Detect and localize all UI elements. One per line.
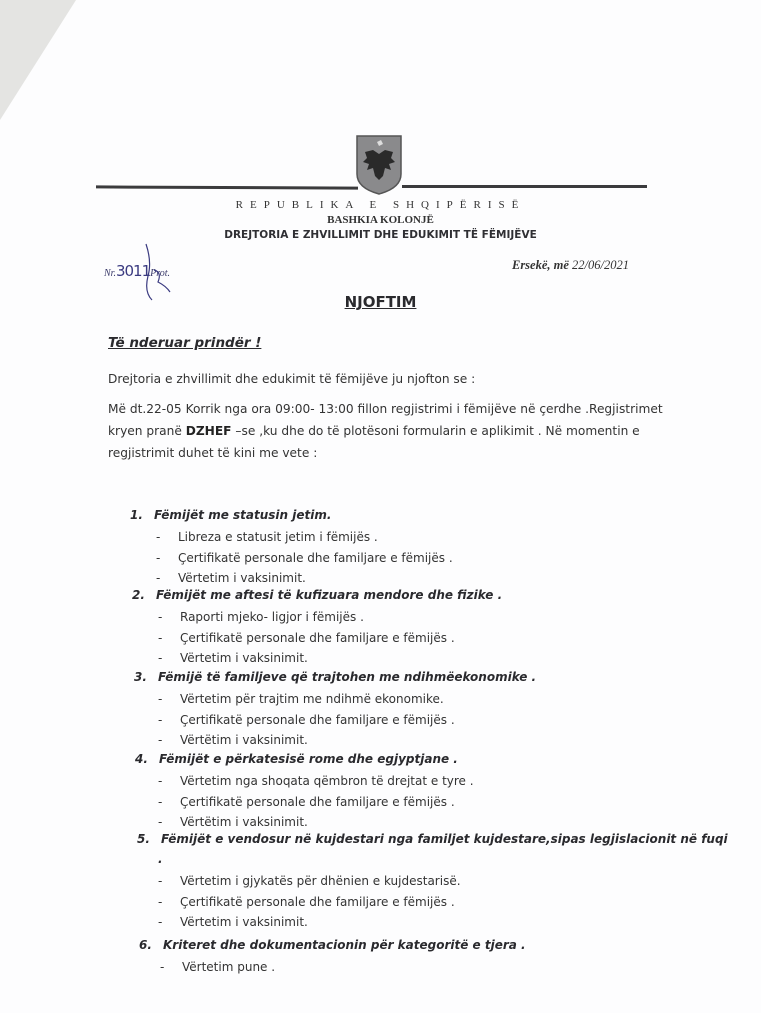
- list-item-text: Libreza e statusit jetim i fëmijës .: [178, 530, 378, 544]
- category-title: Kriteret dhe dokumentacionin për kategor…: [163, 938, 526, 952]
- list-item-text: Çertifikatë personale dhe familjare e fë…: [178, 551, 453, 565]
- country-name: REPUBLIKA E SHQIPËRISË: [0, 199, 761, 211]
- category-number: 6.: [139, 938, 163, 952]
- coat-of-arms-icon: [355, 134, 403, 196]
- list-item: -Vërtetim për trajtim me ndihmë ekonomik…: [158, 692, 444, 706]
- dash-bullet: -: [158, 713, 180, 727]
- list-item-text: Çertifikatë personale dhe familjare e fë…: [180, 631, 455, 645]
- protocol-prefix: Nr.: [104, 268, 116, 279]
- category-number: 1.: [130, 508, 154, 522]
- dash-bullet: -: [158, 874, 180, 888]
- dash-bullet: -: [158, 815, 180, 829]
- list-item: -Vërtetim i vaksinimit.: [158, 651, 308, 665]
- list-item-text: Vërtetim i vaksinimit.: [180, 651, 308, 665]
- dash-bullet: -: [158, 610, 180, 624]
- list-item-text: Vërtëtim i vaksinimit.: [180, 733, 308, 747]
- dash-bullet: -: [158, 915, 180, 929]
- list-item: -Çertifikatë personale dhe familjare e f…: [158, 713, 455, 727]
- list-item: -Libreza e statusit jetim i fëmijës .: [156, 530, 378, 544]
- body-bold: DZHEF: [186, 424, 232, 438]
- directorate-name: DREJTORIA E ZHVILLIMIT DHE EDUKIMIT TË F…: [0, 229, 761, 241]
- greeting: Të nderuar prindër !: [108, 335, 261, 351]
- list-item: -Çertifikatë personale dhe familjare e f…: [158, 631, 455, 645]
- place: Ersekë, më: [512, 258, 569, 272]
- municipality-name: BASHKIA KOLONJË: [0, 214, 761, 226]
- list-item-text: Vërtëtim i vaksinimit.: [180, 815, 308, 829]
- list-item-text: Vërtetim për trajtim me ndihmë ekonomike…: [180, 692, 444, 706]
- dash-bullet: -: [158, 733, 180, 747]
- list-item-text: Çertifikatë personale dhe familjare e fë…: [180, 795, 455, 809]
- dash-bullet: -: [156, 551, 178, 565]
- category-title-continued: .: [158, 852, 163, 866]
- category-heading: 6.Kriteret dhe dokumentacionin për kateg…: [139, 938, 526, 952]
- intro-paragraph: Drejtoria e zhvillimit dhe edukimit të f…: [108, 368, 678, 390]
- dash-bullet: -: [158, 692, 180, 706]
- category-heading: 3.Fëmijë të familjeve që trajtohen me nd…: [134, 670, 536, 684]
- header-rule-left: [96, 185, 358, 189]
- dash-bullet: -: [158, 774, 180, 788]
- list-item: -Çertifikatë personale dhe familjare e f…: [158, 895, 455, 909]
- category-heading: 1.Fëmijët me statusin jetim.: [130, 508, 331, 522]
- body-paragraph: Më dt.22-05 Korrik nga ora 09:00- 13:00 …: [108, 398, 678, 464]
- list-item-text: Çertifikatë personale dhe familjare e fë…: [180, 895, 455, 909]
- list-item: -Vërtetim i vaksinimit.: [156, 571, 306, 585]
- list-item-text: Vërtetim i vaksinimit.: [178, 571, 306, 585]
- list-item: -Vërtetim i vaksinimit.: [158, 915, 308, 929]
- list-item: -Raporti mjeko- ligjor i fëmijës .: [158, 610, 364, 624]
- list-item: -Vërtëtim i vaksinimit.: [158, 733, 308, 747]
- list-item: -Çertifikatë personale dhe familjare e f…: [158, 795, 455, 809]
- dash-bullet: -: [160, 960, 182, 974]
- list-item: -Vërtetim i gjykatës për dhënien e kujde…: [158, 874, 461, 888]
- list-item-text: Vërtetim i gjykatës për dhënien e kujdes…: [180, 874, 461, 888]
- category-number: 3.: [134, 670, 158, 684]
- dash-bullet: -: [158, 895, 180, 909]
- list-item-text: Çertifikatë personale dhe familjare e fë…: [180, 713, 455, 727]
- category-number: 2.: [132, 588, 156, 602]
- header-rule-right: [402, 185, 647, 188]
- list-item-text: Vërtetim nga shoqata qëmbron të drejtat …: [180, 774, 474, 788]
- place-date: Ersekë, më 22/06/2021: [512, 258, 629, 273]
- category-heading: 2.Fëmijët me aftesi të kufizuara mendore…: [132, 588, 502, 602]
- list-item-text: Vërtetim i vaksinimit.: [180, 915, 308, 929]
- dash-bullet: -: [158, 795, 180, 809]
- category-number: 4.: [135, 752, 159, 766]
- list-item-text: Raporti mjeko- ligjor i fëmijës .: [180, 610, 364, 624]
- category-title: Fëmijët me statusin jetim.: [154, 508, 331, 522]
- category-title: Fëmijët e përkatesisë rome dhe egjyptjan…: [159, 752, 458, 766]
- list-item-text: Vërtetim pune .: [182, 960, 275, 974]
- category-heading: 4.Fëmijët e përkatesisë rome dhe egjyptj…: [135, 752, 458, 766]
- dash-bullet: -: [156, 571, 178, 585]
- list-item: -Çertifikatë personale dhe familjare e f…: [156, 551, 453, 565]
- category-title: Fëmijët e vendosur në kujdestari nga fam…: [161, 832, 728, 846]
- date: 22/06/2021: [572, 258, 629, 272]
- category-title: Fëmijë të familjeve që trajtohen me ndih…: [158, 670, 536, 684]
- list-item: -Vërtëtim i vaksinimit.: [158, 815, 308, 829]
- category-heading: 5.Fëmijët e vendosur në kujdestari nga f…: [137, 832, 728, 846]
- list-item: -Vërtetim pune .: [160, 960, 275, 974]
- list-item: -Vërtetim nga shoqata qëmbron të drejtat…: [158, 774, 474, 788]
- category-number: 5.: [137, 832, 161, 846]
- dash-bullet: -: [158, 631, 180, 645]
- category-title: Fëmijët me aftesi të kufizuara mendore d…: [156, 588, 502, 602]
- document-title: NJOFTIM: [0, 293, 761, 311]
- scan-shadow-corner: [0, 0, 76, 120]
- dash-bullet: -: [156, 530, 178, 544]
- dash-bullet: -: [158, 651, 180, 665]
